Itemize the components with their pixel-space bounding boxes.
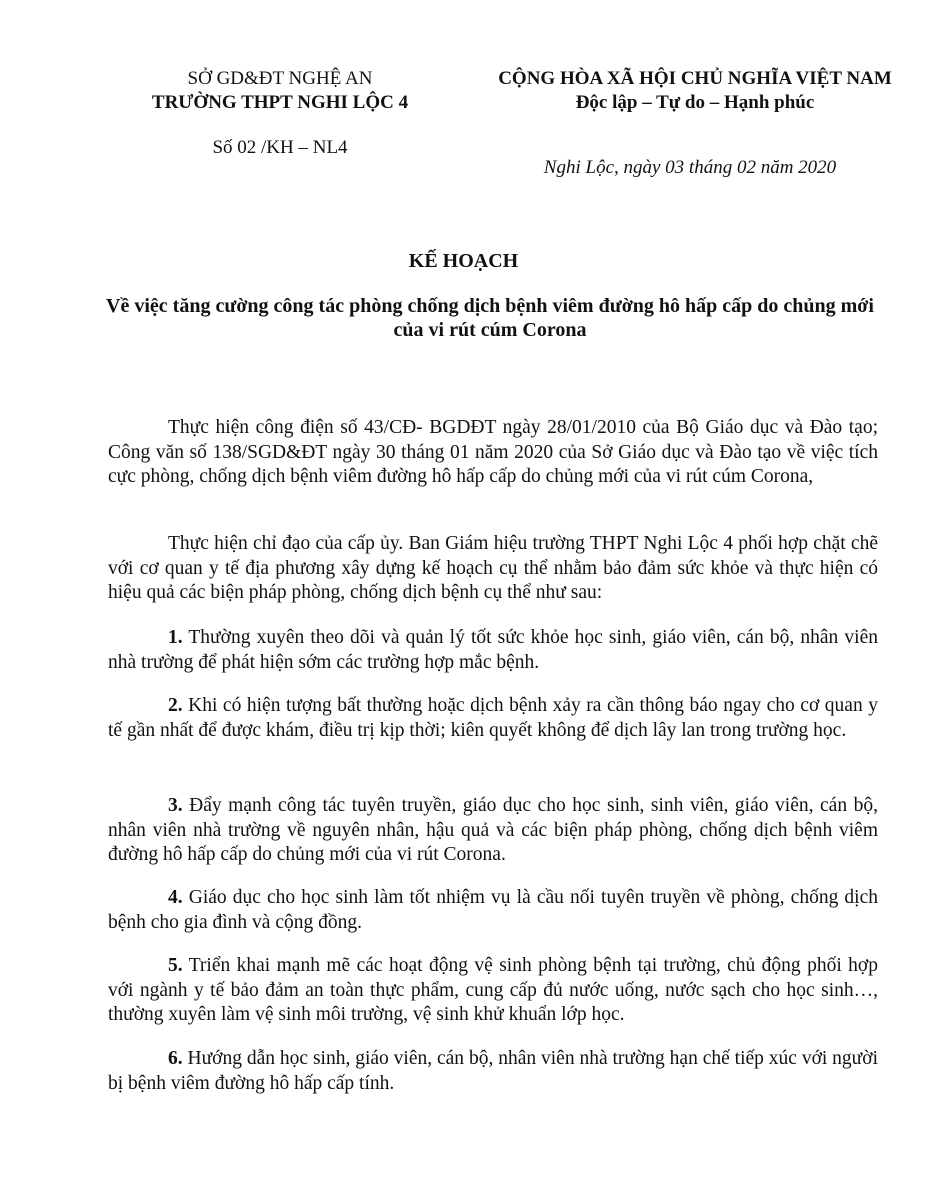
item-number: 5.: [168, 955, 183, 976]
item-text: Triển khai mạnh mẽ các hoạt động vệ sinh…: [108, 955, 878, 1025]
country-name: CỘNG HÒA XÃ HỘI CHỦ NGHĨA VIỆT NAM: [470, 67, 920, 91]
item-text: Khi có hiện tượng bất thường hoặc dịch b…: [108, 695, 878, 741]
document-subtitle: Về việc tăng cường công tác phòng chống …: [100, 294, 880, 342]
document-title: KẾ HOẠCH: [0, 250, 927, 273]
department-name: SỞ GD&ĐT NGHỆ AN: [120, 67, 440, 91]
item-number: 6.: [168, 1048, 183, 1069]
list-item: 5. Triển khai mạnh mẽ các hoạt động vệ s…: [108, 954, 878, 1028]
national-header: CỘNG HÒA XÃ HỘI CHỦ NGHĨA VIỆT NAM Độc l…: [470, 67, 920, 115]
list-item: 4. Giáo dục cho học sinh làm tốt nhiệm v…: [108, 886, 878, 935]
school-name: TRƯỜNG THPT NGHI LỘC 4: [120, 91, 440, 115]
intro-paragraph-1: Thực hiện công điện số 43/CĐ- BGDĐT ngày…: [108, 416, 878, 490]
item-number: 3.: [168, 795, 183, 816]
item-number: 1.: [168, 627, 183, 648]
item-number: 4.: [168, 887, 183, 908]
document-page: SỞ GD&ĐT NGHỆ AN TRƯỜNG THPT NGHI LỘC 4 …: [0, 0, 927, 1200]
item-text: Đẩy mạnh công tác tuyên truyền, giáo dục…: [108, 795, 878, 865]
item-number: 2.: [168, 695, 183, 716]
intro-paragraph-2: Thực hiện chỉ đạo của cấp ủy. Ban Giám h…: [108, 532, 878, 606]
item-text: Thường xuyên theo dõi và quản lý tốt sức…: [108, 627, 878, 673]
national-motto: Độc lập – Tự do – Hạnh phúc: [470, 91, 920, 115]
list-item: 2. Khi có hiện tượng bất thường hoặc dịc…: [108, 694, 878, 743]
issuer-block: SỞ GD&ĐT NGHỆ AN TRƯỜNG THPT NGHI LỘC 4 …: [120, 67, 440, 160]
item-text: Hướng dẫn học sinh, giáo viên, cán bộ, n…: [108, 1048, 878, 1094]
item-text: Giáo dục cho học sinh làm tốt nhiệm vụ l…: [108, 887, 878, 933]
list-item: 1. Thường xuyên theo dõi và quản lý tốt …: [108, 626, 878, 675]
place-date: Nghi Lộc, ngày 03 tháng 02 năm 2020: [470, 157, 910, 179]
list-item: 3. Đẩy mạnh công tác tuyên truyền, giáo …: [108, 794, 878, 868]
list-item: 6. Hướng dẫn học sinh, giáo viên, cán bộ…: [108, 1047, 878, 1096]
document-number: Số 02 /KH – NL4: [120, 136, 440, 160]
